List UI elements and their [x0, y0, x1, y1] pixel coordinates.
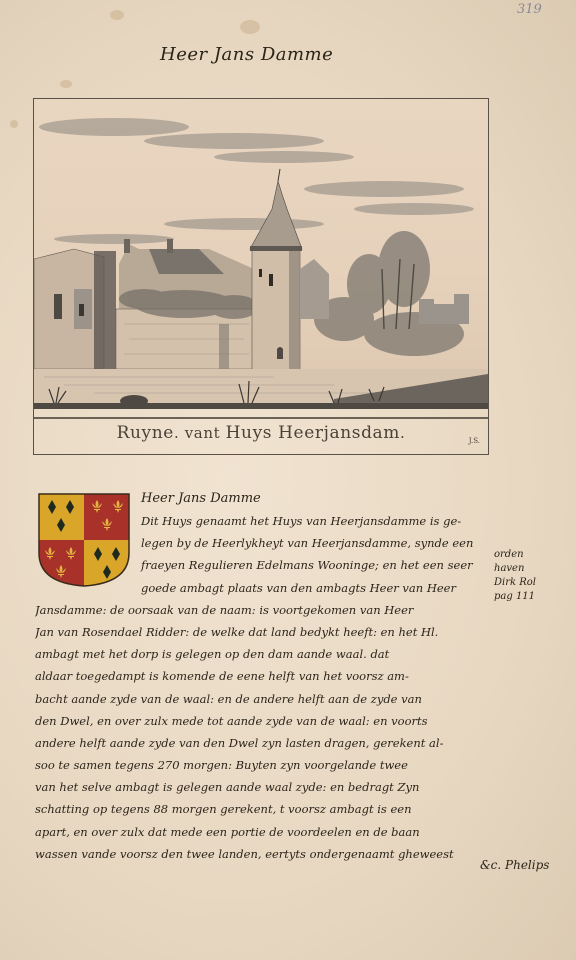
text-line: goede ambagt plaats van den ambagts Heer… — [35, 577, 485, 599]
margin-note-line: Dirk Rol — [494, 576, 536, 590]
caption-end: . — [400, 424, 405, 442]
text-heading: Heer Jans Damme — [35, 488, 485, 510]
folio-number: 319 — [517, 2, 542, 17]
text-line: andere helft aande zyde van den Dwel zyn… — [35, 732, 485, 754]
text-line: schatting op tegens 88 morgen gerekent, … — [35, 798, 485, 820]
text-line: Jansdamme: de oorsaak van de naam: is vo… — [35, 599, 485, 621]
text-line: wassen vande voorsz den twee landen, eer… — [35, 843, 485, 865]
foxing-stain — [10, 120, 18, 128]
page-title: Heer Jans Damme — [160, 44, 333, 65]
text-line: den Dwel, en over zulx mede tot aande zy… — [35, 710, 485, 732]
margin-note: orden haven Dirk Rol pag 111 — [494, 548, 536, 604]
castle-drawing: Ruyne. vant Huys Heerjansdam. J.S. — [33, 98, 489, 455]
text-line: apart, en over zulx dat mede een portie … — [35, 821, 485, 843]
caption-band: Ruyne. vant Huys Heerjansdam. J.S. — [34, 417, 488, 456]
caption-huys: Huys Heerjansdam — [226, 423, 400, 443]
foxing-stain — [60, 80, 72, 88]
text-line: soo te samen tegens 270 morgen: Buyten z… — [35, 754, 485, 776]
caption-ruyne: Ruyne — [117, 423, 174, 443]
margin-note-line: haven — [494, 562, 536, 576]
text-line: Dit Huys genaamt het Huys van Heerjansda… — [35, 510, 485, 532]
text-line: ambagt met het dorp is gelegen op den da… — [35, 643, 485, 665]
margin-note-line: pag 111 — [494, 590, 536, 604]
text-line: van het selve ambagt is gelegen aande wa… — [35, 776, 485, 798]
manuscript-page: 319 Heer Jans Damme — [0, 0, 576, 960]
caption-vant: . vant — [174, 424, 226, 442]
text-line: fraeyen Regulieren Edelmans Wooninge; en… — [35, 554, 485, 576]
manuscript-text: Heer Jans Damme Dit Huys genaamt het Huy… — [35, 488, 485, 865]
margin-note-line: orden — [494, 548, 536, 562]
artist-initials: J.S. — [469, 437, 480, 445]
text-line: Jan van Rosendael Ridder: de welke dat l… — [35, 621, 485, 643]
foxing-stain — [240, 20, 260, 34]
text-line: aldaar toegedampt is komende de eene hel… — [35, 665, 485, 687]
foxing-stain — [110, 10, 124, 20]
text-line: bacht aande zyde van de waal: en de ande… — [35, 688, 485, 710]
drawing-scene — [34, 99, 488, 409]
castle-ruin-illustration — [34, 99, 488, 409]
signature: &c. Phelips — [480, 858, 549, 872]
drawing-caption: Ruyne. vant Huys Heerjansdam. — [34, 423, 488, 443]
text-line: legen by de Heerlykheyt van Heerjansdamm… — [35, 532, 485, 554]
